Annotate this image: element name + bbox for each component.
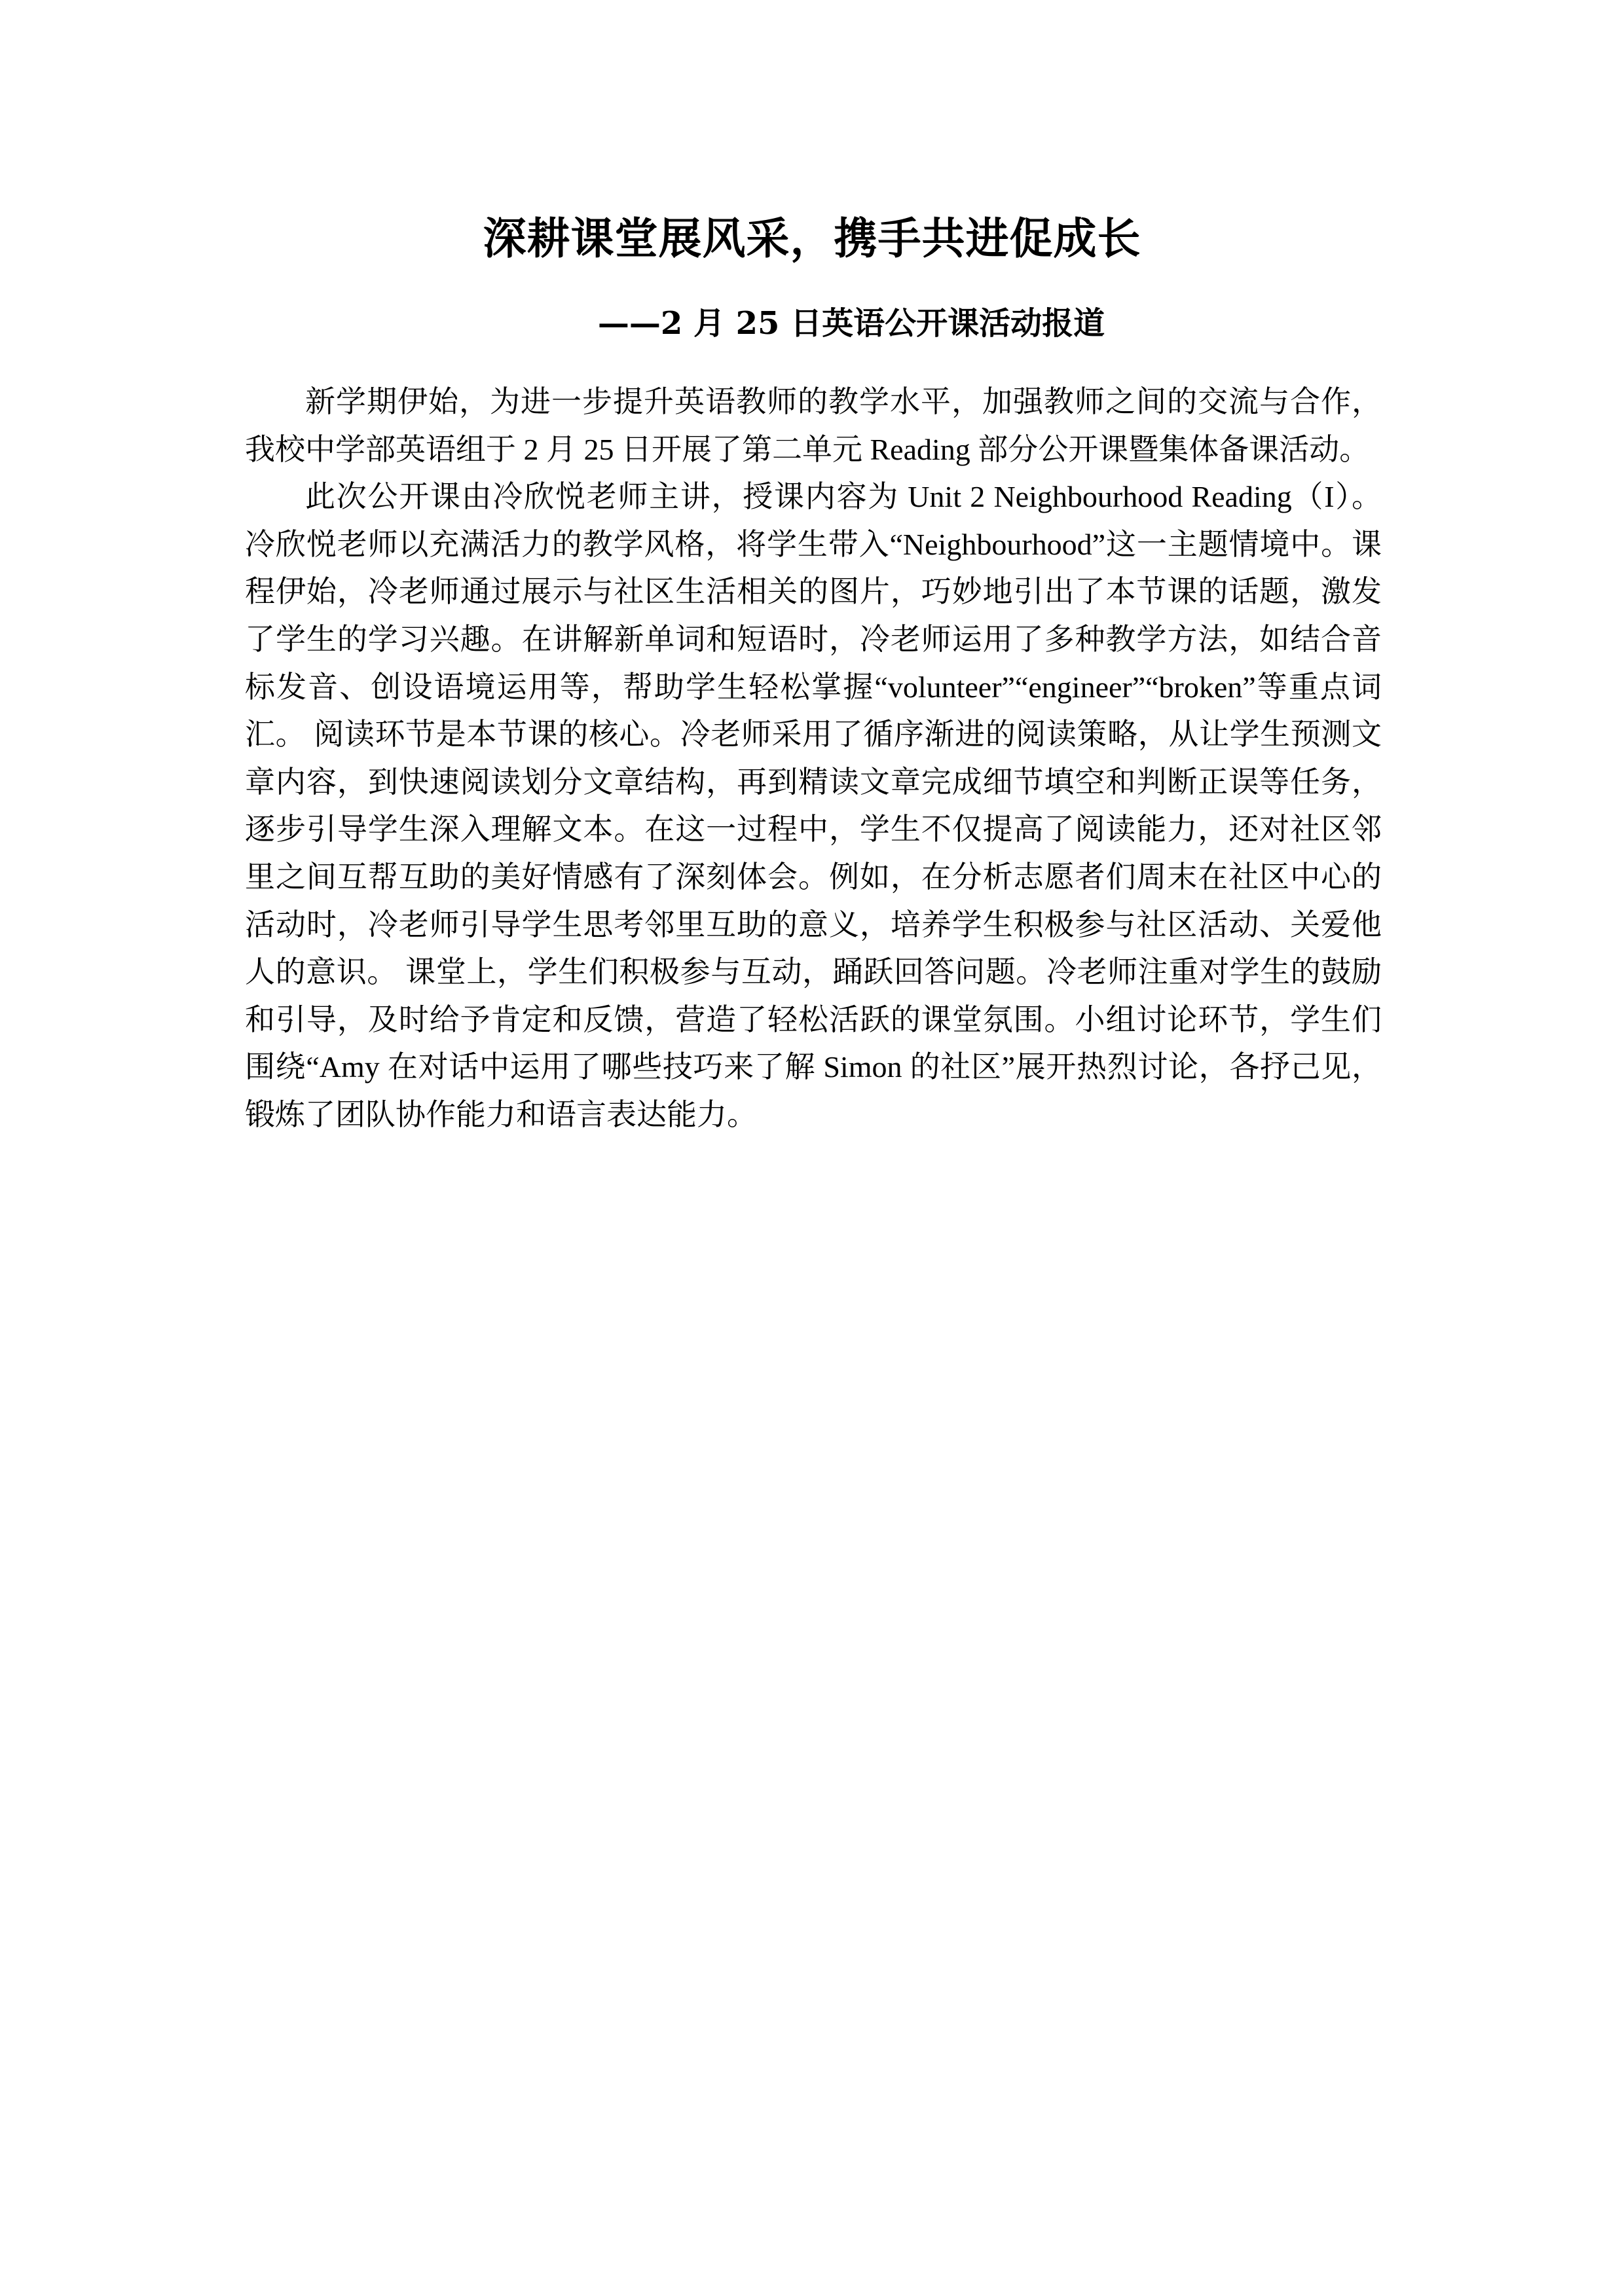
paragraph-lesson-report: 此次公开课由冷欣悦老师主讲，授课内容为 Unit 2 Neighbourhood… <box>245 473 1382 1139</box>
page-subtitle: ——2 月 25 日英语公开课活动报道 <box>0 302 1624 344</box>
document-page: 深耕课堂展风采，携手共进促成长 ——2 月 25 日英语公开课活动报道 新学期伊… <box>0 0 1624 2296</box>
article-body: 新学期伊始，为进一步提升英语教师的教学水平，加强教师之间的交流与合作，我校中学部… <box>245 378 1382 1139</box>
page-title: 深耕课堂展风采，携手共进促成长 <box>0 210 1624 268</box>
paragraph-intro: 新学期伊始，为进一步提升英语教师的教学水平，加强教师之间的交流与合作，我校中学部… <box>245 378 1382 473</box>
